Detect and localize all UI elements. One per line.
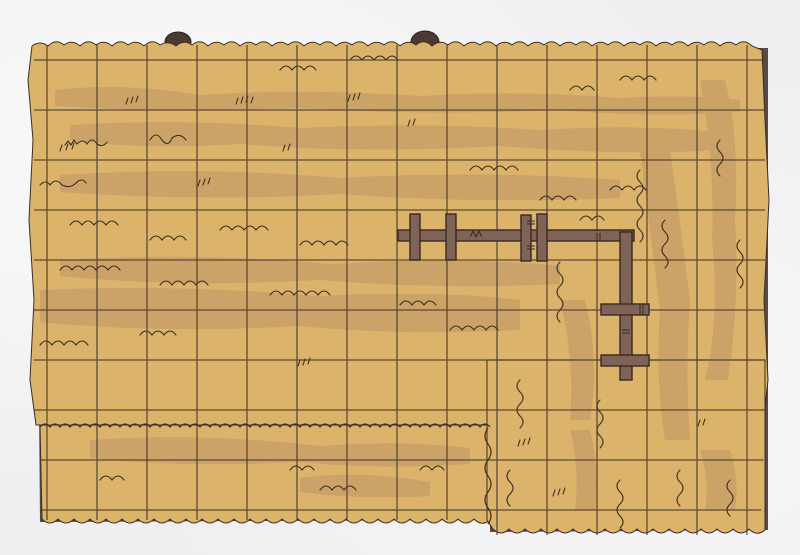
crossbeam-1: [601, 304, 649, 315]
rafter-4: [537, 214, 547, 261]
rafter-1: [410, 214, 420, 260]
beam-horizontal-top: [398, 230, 634, 241]
battle-map[interactable]: [0, 0, 800, 555]
rafter-2: [446, 214, 456, 260]
rafter-3: [521, 215, 531, 261]
crossbeam-2: [601, 355, 649, 366]
